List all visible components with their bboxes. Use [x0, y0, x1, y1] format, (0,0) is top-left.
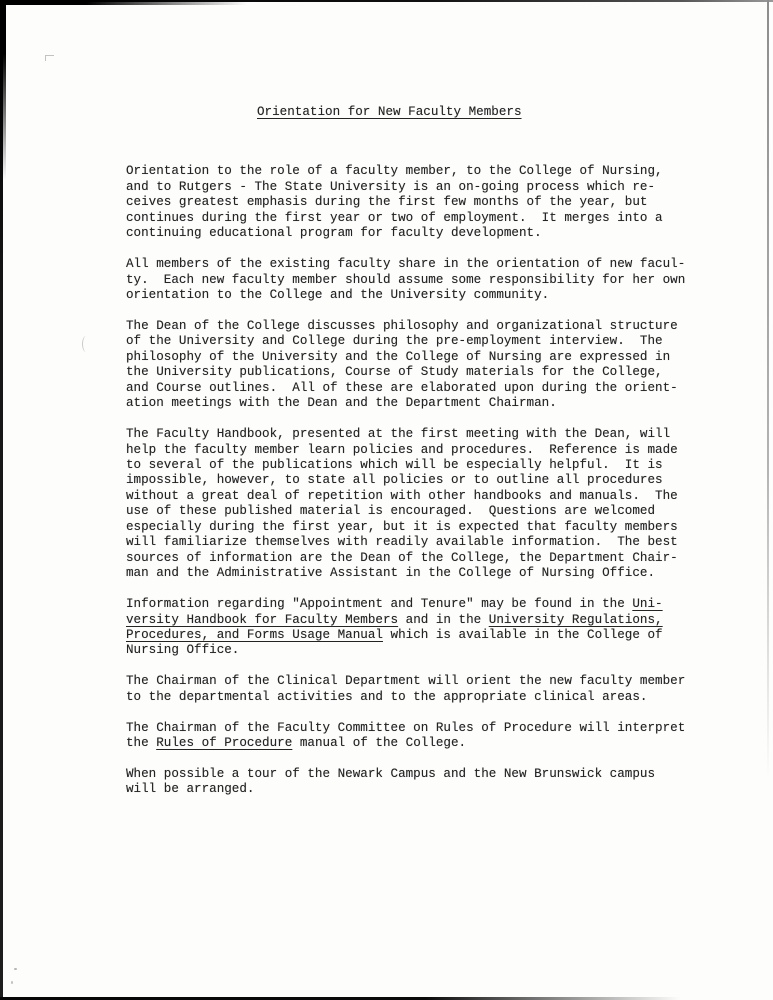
- text-line: orientation to the College and the Unive…: [126, 288, 716, 303]
- text-line: versity Handbook for Faculty Members and…: [126, 613, 716, 628]
- scan-edge-top-wedge: [0, 0, 247, 5]
- text-segment: The Dean of the College discusses philos…: [126, 319, 678, 333]
- underlined-text: Procedures, and Forms Usage Manual: [126, 628, 383, 642]
- text-segment: ation meetings with the Dean and the Dep…: [126, 396, 557, 410]
- text-line: Information regarding "Appointment and T…: [126, 597, 716, 612]
- text-segment: When possible a tour of the Newark Campu…: [126, 767, 655, 781]
- text-segment: the: [126, 736, 156, 750]
- text-line: When possible a tour of the Newark Campu…: [126, 767, 716, 782]
- document-body: Orientation to the role of a faculty mem…: [126, 164, 716, 797]
- paragraph: The Faculty Handbook, presented at the f…: [126, 427, 716, 582]
- text-line: continues during the first year or two o…: [126, 211, 716, 226]
- text-line: and Course outlines. All of these are el…: [126, 381, 716, 396]
- text-segment: The Faculty Handbook, presented at the f…: [126, 427, 670, 441]
- text-segment: to several of the publications which wil…: [126, 458, 663, 472]
- text-segment: continues during the first year or two o…: [126, 211, 663, 225]
- text-segment: ceives greatest emphasis during the firs…: [126, 195, 647, 209]
- text-segment: will be arranged.: [126, 782, 254, 796]
- paragraph: Information regarding "Appointment and T…: [126, 597, 716, 659]
- text-line: All members of the existing faculty shar…: [126, 257, 716, 272]
- text-line: The Faculty Handbook, presented at the f…: [126, 427, 716, 442]
- text-segment: philosophy of the University and the Col…: [126, 350, 670, 364]
- scan-artifact: [14, 968, 17, 970]
- document-page: Orientation for New Faculty Members Orie…: [0, 0, 773, 1000]
- text-segment: will familiarize themselves with readily…: [126, 535, 678, 549]
- text-segment: Information regarding "Appointment and T…: [126, 597, 632, 611]
- text-segment: to the departmental activities and to th…: [126, 690, 647, 704]
- text-segment: impossible, however, to state all polici…: [126, 473, 663, 487]
- paragraph: When possible a tour of the Newark Campu…: [126, 767, 716, 798]
- text-line: ty. Each new faculty member should assum…: [126, 273, 716, 288]
- text-line: The Chairman of the Clinical Department …: [126, 674, 716, 689]
- text-line: ation meetings with the Dean and the Dep…: [126, 396, 716, 411]
- text-line: will be arranged.: [126, 782, 716, 797]
- text-line: The Dean of the College discusses philos…: [126, 319, 716, 334]
- text-line: the Rules of Procedure manual of the Col…: [126, 736, 716, 751]
- text-line: man and the Administrative Assistant in …: [126, 566, 716, 581]
- underlined-text: University Regulations,: [489, 613, 663, 627]
- paragraph: Orientation to the role of a faculty mem…: [126, 164, 716, 241]
- text-line: will familiarize themselves with readily…: [126, 535, 716, 550]
- text-segment: without a great deal of repetition with …: [126, 489, 678, 503]
- text-segment: manual of the College.: [292, 736, 466, 750]
- text-line: to several of the publications which wil…: [126, 458, 716, 473]
- text-line: use of these published material is encou…: [126, 504, 716, 519]
- text-segment: man and the Administrative Assistant in …: [126, 566, 655, 580]
- typewritten-content: Orientation for New Faculty Members Orie…: [126, 105, 716, 813]
- text-segment: of the University and College during the…: [126, 334, 663, 348]
- text-line: philosophy of the University and the Col…: [126, 350, 716, 365]
- text-segment: The Chairman of the Faculty Committee on…: [126, 721, 685, 735]
- text-line: sources of information are the Dean of t…: [126, 551, 716, 566]
- document-title: Orientation for New Faculty Members: [257, 105, 522, 120]
- text-segment: especially during the first year, but it…: [126, 520, 678, 534]
- text-segment: help the faculty member learn policies a…: [126, 443, 678, 457]
- text-segment: orientation to the College and the Unive…: [126, 288, 549, 302]
- scan-edge-left-wedge: [0, 0, 6, 180]
- text-line: ceives greatest emphasis during the firs…: [126, 195, 716, 210]
- underlined-text: Rules of Procedure: [156, 736, 292, 750]
- scan-artifact: [11, 981, 13, 984]
- text-line: Procedures, and Forms Usage Manual which…: [126, 628, 716, 643]
- text-segment: use of these published material is encou…: [126, 504, 655, 518]
- text-segment: sources of information are the Dean of t…: [126, 551, 678, 565]
- scan-artifact: [45, 55, 54, 61]
- text-line: continuing educational program for facul…: [126, 226, 716, 241]
- text-segment: and Course outlines. All of these are el…: [126, 381, 678, 395]
- scan-artifact: [82, 336, 90, 352]
- text-line: especially during the first year, but it…: [126, 520, 716, 535]
- underlined-text: versity Handbook for Faculty Members: [126, 613, 398, 627]
- text-line: without a great deal of repetition with …: [126, 489, 716, 504]
- text-line: impossible, however, to state all polici…: [126, 473, 716, 488]
- text-segment: Nursing Office.: [126, 643, 239, 657]
- paragraph: The Chairman of the Faculty Committee on…: [126, 721, 716, 752]
- text-segment: and in the: [398, 613, 489, 627]
- paragraph: All members of the existing faculty shar…: [126, 257, 716, 303]
- text-line: help the faculty member learn policies a…: [126, 443, 716, 458]
- paragraph: The Chairman of the Clinical Department …: [126, 674, 716, 705]
- text-segment: Orientation to the role of a faculty mem…: [126, 164, 663, 178]
- paragraph: The Dean of the College discusses philos…: [126, 319, 716, 412]
- text-segment: All members of the existing faculty shar…: [126, 257, 685, 271]
- text-segment: continuing educational program for facul…: [126, 226, 542, 240]
- text-line: The Chairman of the Faculty Committee on…: [126, 721, 716, 736]
- text-segment: The Chairman of the Clinical Department …: [126, 674, 685, 688]
- scan-edge-right: [767, 0, 769, 780]
- text-segment: the University publications, Course of S…: [126, 365, 663, 379]
- underlined-text: Uni-: [632, 597, 662, 611]
- text-line: Orientation to the role of a faculty mem…: [126, 164, 716, 179]
- text-segment: and to Rutgers - The State University is…: [126, 180, 655, 194]
- text-line: the University publications, Course of S…: [126, 365, 716, 380]
- text-line: Nursing Office.: [126, 643, 716, 658]
- text-segment: which is available in the College of: [383, 628, 663, 642]
- text-line: and to Rutgers - The State University is…: [126, 180, 716, 195]
- text-segment: ty. Each new faculty member should assum…: [126, 273, 685, 287]
- text-line: of the University and College during the…: [126, 334, 716, 349]
- text-line: to the departmental activities and to th…: [126, 690, 716, 705]
